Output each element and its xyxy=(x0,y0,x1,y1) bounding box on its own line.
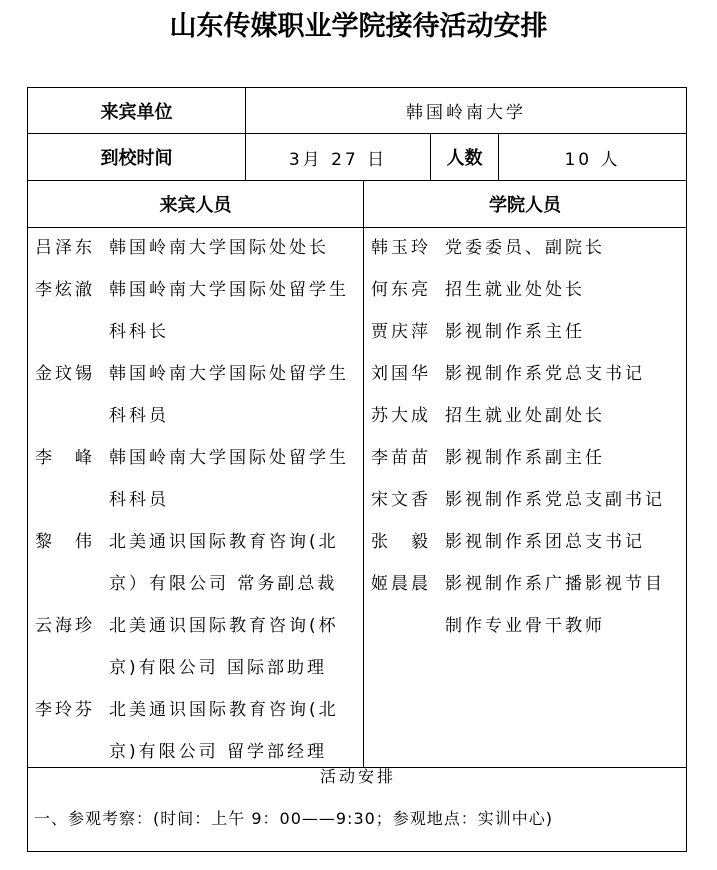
guest-title-cont: 科科长 xyxy=(109,311,169,353)
guest-title: 北美通识国际教育咨询(杯 xyxy=(109,605,339,647)
guest-unit-label: 来宾单位 xyxy=(28,88,245,133)
staff-name: 李苗苗 xyxy=(371,437,443,479)
count-value: 10 人 xyxy=(499,134,686,180)
staff-title: 影视制作系党总支副书记 xyxy=(445,479,665,521)
staff-title: 影视制作系主任 xyxy=(445,311,585,353)
guest-title-cont: 京)有限公司 国际部助理 xyxy=(109,647,327,689)
activities-title: 活动安排 xyxy=(28,764,688,787)
guests-header: 来宾人员 xyxy=(28,181,363,227)
guest-title-cont: 科科员 xyxy=(109,479,169,521)
guest-name: 李 峰 xyxy=(35,437,107,479)
document-title: 山东传媒职业学院接待活动安排 xyxy=(0,4,717,43)
guest-name: 黎 伟 xyxy=(35,521,107,563)
staff-title: 影视制作系广播影视节目 xyxy=(445,563,665,605)
staff-title: 招生就业处副处长 xyxy=(445,395,605,437)
staff-name: 张 毅 xyxy=(371,521,443,563)
guest-name: 云海珍 xyxy=(35,605,107,647)
staff-name: 何东亮 xyxy=(371,269,443,311)
staff-name: 姬晨晨 xyxy=(371,563,443,605)
reception-table: 来宾单位 韩国岭南大学 到校时间 3月 27 日 人数 10 人 来宾人员 学院… xyxy=(27,87,687,852)
arrival-value: 3月 27 日 xyxy=(246,134,430,180)
guest-title: 韩国岭南大学国际处留学生 xyxy=(109,437,349,479)
guest-title: 韩国岭南大学国际处留学生 xyxy=(109,269,349,311)
guest-name: 李玲芬 xyxy=(35,689,107,731)
arrival-label: 到校时间 xyxy=(28,134,245,180)
staff-name: 宋文香 xyxy=(371,479,443,521)
staff-title: 党委委员、副院长 xyxy=(445,227,605,269)
guest-name: 吕泽东 xyxy=(35,227,107,269)
guest-unit-value: 韩国岭南大学 xyxy=(246,88,686,133)
guest-name: 金玟锡 xyxy=(35,353,107,395)
college-header: 学院人员 xyxy=(364,181,686,227)
col-divider xyxy=(363,181,364,767)
guest-name: 李炫澈 xyxy=(35,269,107,311)
staff-title: 招生就业处处长 xyxy=(445,269,585,311)
staff-name: 苏大成 xyxy=(371,395,443,437)
activity-item: 一、参观考察：(时间：上午 9：00——9:30；参观地点：实训中心) xyxy=(34,806,553,829)
staff-title: 影视制作系党总支书记 xyxy=(445,353,645,395)
count-label: 人数 xyxy=(431,134,498,180)
staff-name: 韩玉玲 xyxy=(371,227,443,269)
staff-title-cont: 制作专业骨干教师 xyxy=(445,605,605,647)
guest-title: 北美通识国际教育咨询(北 xyxy=(109,521,339,563)
guest-title-cont: 京）有限公司 常务副总裁 xyxy=(109,563,337,605)
staff-name: 刘国华 xyxy=(371,353,443,395)
guest-title-cont: 科科员 xyxy=(109,395,169,437)
staff-title: 影视制作系团总支书记 xyxy=(445,521,645,563)
guest-title: 韩国岭南大学国际处留学生 xyxy=(109,353,349,395)
guest-title: 韩国岭南大学国际处处长 xyxy=(109,227,329,269)
staff-name: 贾庆萍 xyxy=(371,311,443,353)
guest-title: 北美通识国际教育咨询(北 xyxy=(109,689,339,731)
staff-title: 影视制作系副主任 xyxy=(445,437,605,479)
